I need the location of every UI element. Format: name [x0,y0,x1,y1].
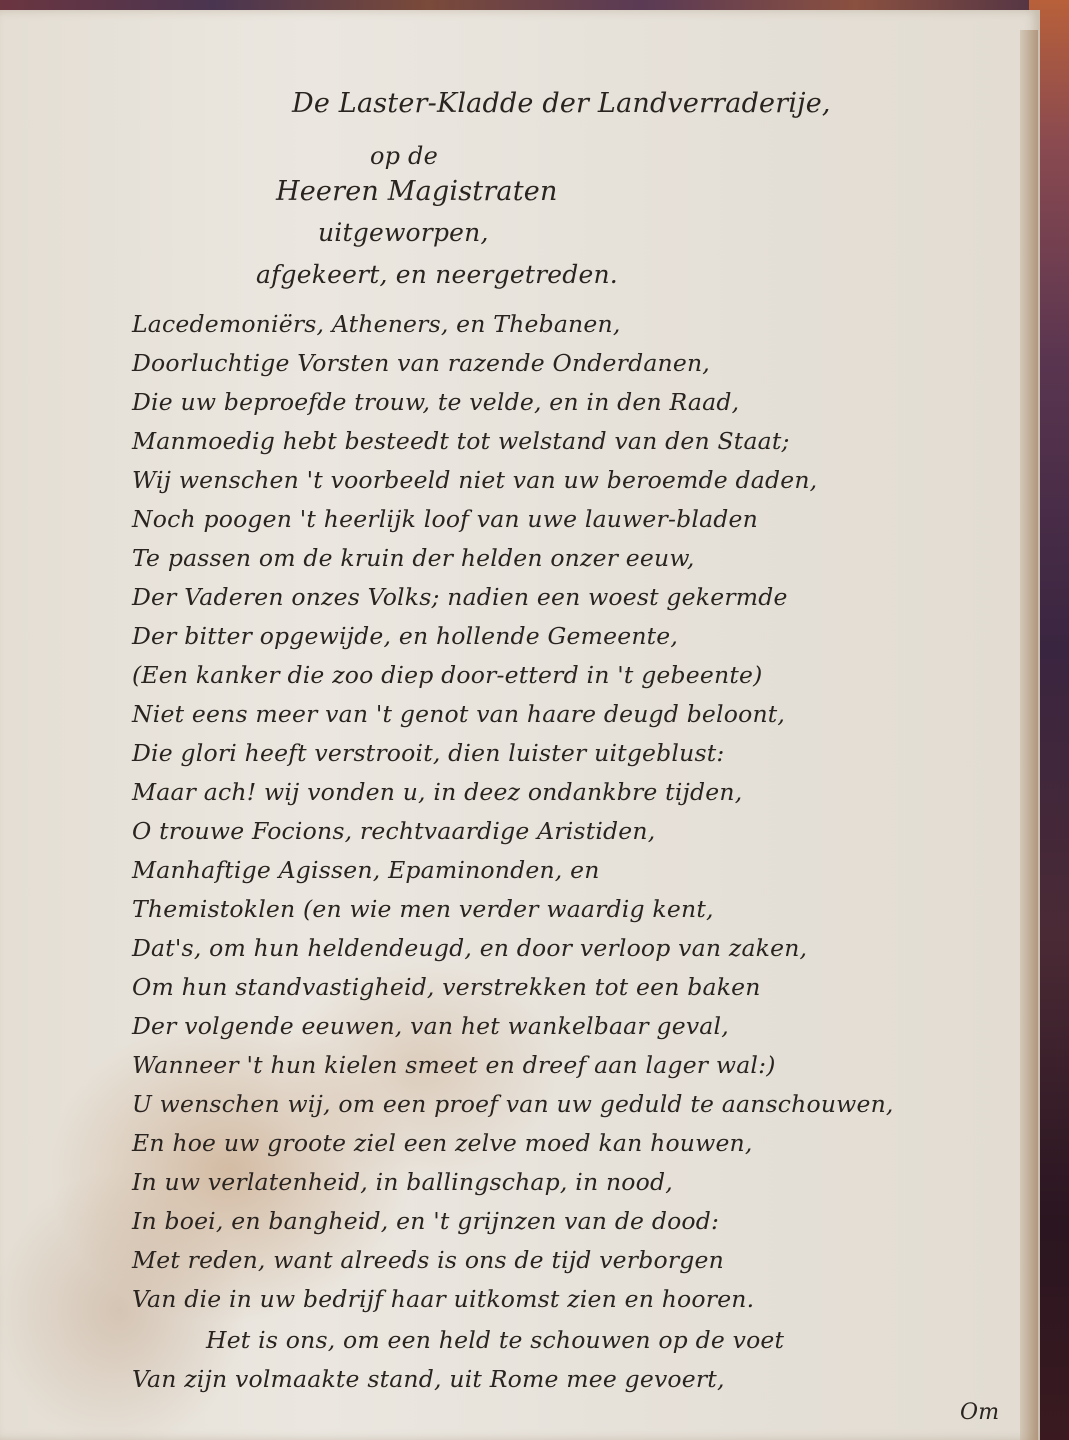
verse-line: Manhaftige Agissen, Epaminonden, en [132,856,600,884]
verse-line: Manmoedig hebt besteedt tot welstand van… [132,427,790,455]
verse-line: Wij wenschen 't voorbeeld niet van uw be… [132,466,817,494]
verse-line: Van die in uw bedrijf haar uitkomst zien… [132,1285,754,1313]
verse-line: Niet eens meer van 't genot van haare de… [132,700,785,728]
verse-line: Maar ach! wij vonden u, in deez ondankbr… [132,778,742,806]
title-line-4: uitgeworpen, [318,218,489,247]
catchword: Om [960,1400,999,1425]
page-edge [1020,30,1038,1440]
verse-line: En hoe uw groote ziel een zelve moed kan… [132,1129,753,1157]
verse-line: Dat's, om hun heldendeugd, en door verlo… [132,934,807,962]
verse-line: Die glori heeft verstrooit, dien luister… [132,739,724,767]
verse-line: U wenschen wij, om een proef van uw gedu… [132,1090,894,1118]
verse-line: Noch poogen 't heerlijk loof van uwe lau… [132,505,758,533]
verse-line: Die uw beproefde trouw, te velde, en in … [132,388,739,416]
verse-line: Der bitter opgewijde, en hollende Gemeen… [132,622,678,650]
title-line-3: Heeren Magistraten [276,176,558,207]
verse-line: O trouwe Focions, rechtvaardige Aristide… [132,817,655,845]
verse-line: Het is ons, om een held te schouwen op d… [206,1326,784,1354]
verse-line: Der volgende eeuwen, van het wankelbaar … [132,1012,729,1040]
verse-line: Doorluchtige Vorsten van razende Onderda… [132,349,710,377]
verse-line: Met reden, want alreeds is ons de tijd v… [132,1246,724,1274]
title-line-2: op de [370,142,438,170]
verse-line: Themistoklen (en wie men verder waardig … [132,895,714,923]
verse-line: Lacedemoniërs, Atheners, en Thebanen, [132,310,621,338]
verse-line: (Een kanker die zoo diep door-etterd in … [132,661,762,689]
verse-line: In boei, en bangheid, en 't grijnzen van… [132,1207,719,1235]
verse-line: Te passen om de kruin der helden onzer e… [132,544,695,572]
manuscript-page: De Laster-Kladde der Landverraderije, op… [0,10,1040,1440]
verse-line: Om hun standvastigheid, verstrekken tot … [132,973,761,1001]
verse-line: In uw verlatenheid, in ballingschap, in … [132,1168,673,1196]
verse-line: Wanneer 't hun kielen smeet en dreef aan… [132,1051,776,1079]
verse-line: Der Vaderen onzes Volks; nadien een woes… [132,583,788,611]
verse-line: Van zijn volmaakte stand, uit Rome mee g… [132,1365,725,1393]
title-line-5: afgekeert, en neergetreden. [256,260,618,289]
title-line-1: De Laster-Kladde der Landverraderije, [292,88,831,119]
